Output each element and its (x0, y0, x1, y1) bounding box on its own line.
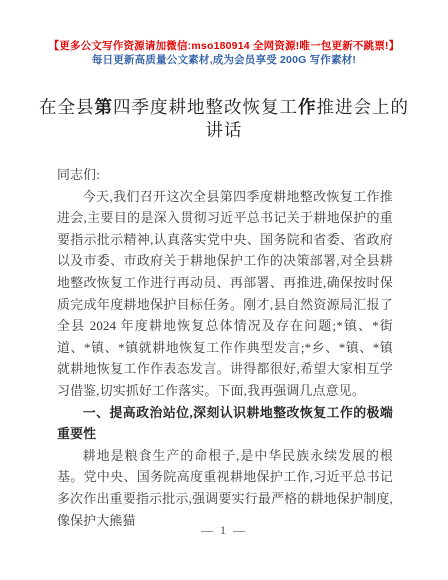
document-body: 同志们: 今天,我们召开这次全县第四季度耕地整改恢复工作推进会,主要目的是深入贯… (57, 165, 393, 532)
promo-banner-line-1: 【更多公文写作资源请加微信:mso180914 全网资源!唯一包更新不跳票!】 (0, 40, 448, 54)
body-paragraph-2: 耕地是粮食生产的命根子,是中华民族永续发展的根基。党中央、国务院高度重视耕地保护… (57, 446, 393, 532)
salutation: 同志们: (57, 165, 393, 187)
body-paragraph-1: 今天,我们召开这次全县第四季度耕地整改恢复工作推进会,主要目的是深入贯彻习近平总… (57, 187, 393, 403)
section-heading-1: 一、提高政治站位,深刻认识耕地整改恢复工作的极端重要性 (57, 403, 393, 446)
document-title: 在全县第四季度耕地整改恢复工作推进会上的 讲话 (0, 96, 448, 142)
title-segment-bold: 第 (95, 97, 114, 117)
promo-banner-line-2: 每日更新高质量公文素材,成为会员享受 200G 写作素材! (0, 54, 448, 68)
document-title-line-1: 在全县第四季度耕地整改恢复工作推进会上的 (0, 96, 448, 119)
document-title-line-2: 讲话 (0, 119, 448, 142)
title-segment: 推进会上的 (317, 97, 410, 117)
title-segment-bold: 作 (298, 97, 317, 117)
title-segment: 在全县 (39, 97, 95, 117)
promo-banner: 【更多公文写作资源请加微信:mso180914 全网资源!唯一包更新不跳票!】 … (0, 0, 448, 67)
page-number: — 1 — (0, 523, 448, 538)
title-segment: 四季度耕地整改恢复工 (113, 97, 298, 117)
document-page: 【更多公文写作资源请加微信:mso180914 全网资源!唯一包更新不跳票!】 … (0, 0, 448, 580)
